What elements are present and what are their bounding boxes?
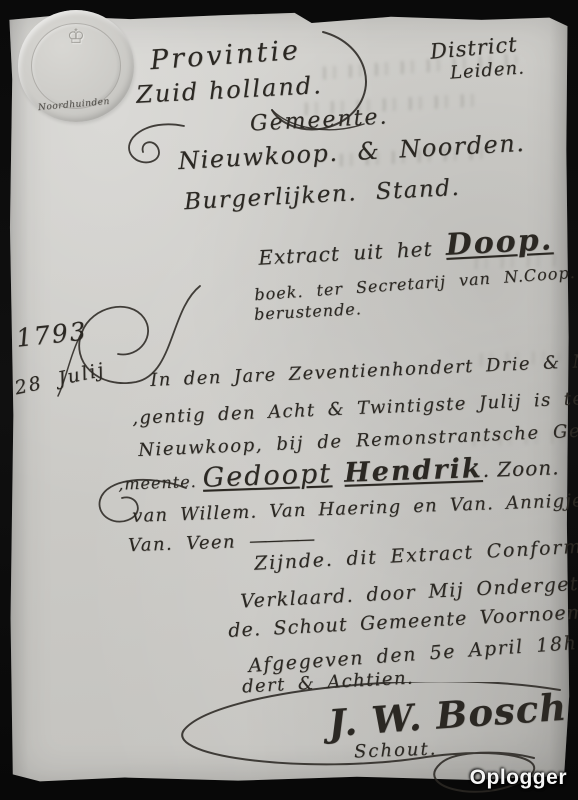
body-line-6-dash: ———— (249, 529, 314, 552)
gedoopt-word: Gedoopt (202, 458, 332, 494)
body-line-6-text: Van. Veen (128, 531, 250, 556)
body-line-4-prefix: ,meente. (118, 472, 203, 494)
watermark-label: Oplogger (470, 766, 567, 790)
photo-frame: ♔ Provintie Zuid holland. District Leide… (0, 0, 578, 800)
signature-role: Schout. (354, 739, 438, 763)
body-line-4-suffix: . Zoon. (482, 455, 560, 482)
doop-emphasis: Doop. (445, 222, 554, 263)
crown-icon: ♔ (18, 24, 134, 48)
hendrik-word: Hendrik (344, 453, 483, 489)
